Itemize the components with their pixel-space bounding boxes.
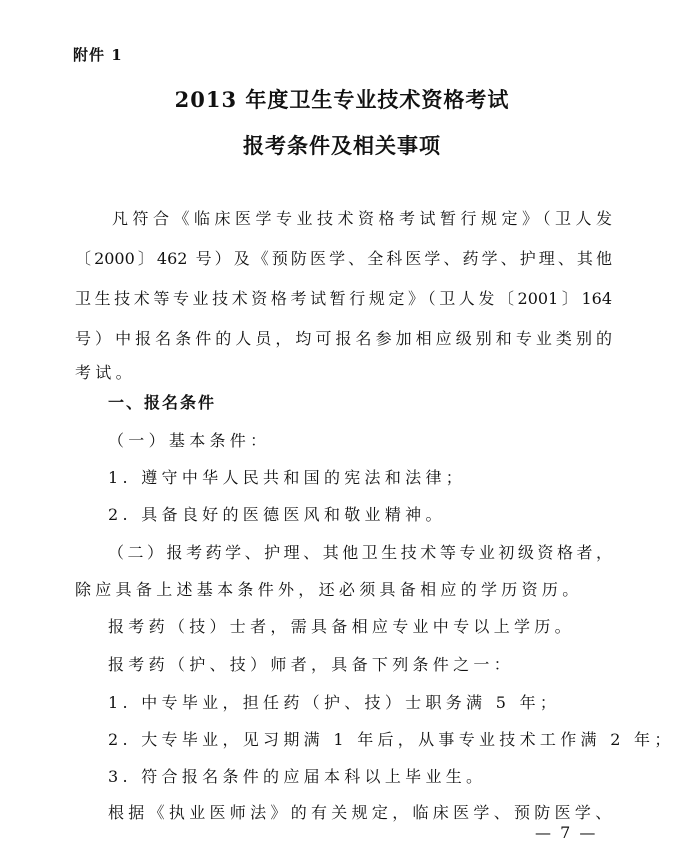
attachment-label: 附件 1 <box>73 44 123 65</box>
paragraph-line: （二）报考药学、护理、其他卫生技术等专业初级资格者， <box>108 540 612 563</box>
subsection-heading: （一）基本条件： <box>108 428 270 451</box>
list-item: 3. 符合报名条件的应届本科以上毕业生。 <box>108 764 486 787</box>
paragraph-line: 报考药（护、技）师者，具备下列条件之一： <box>108 652 514 675</box>
paragraph-line: 号）中报名条件的人员，均可报名参加相应级别和专业类别的 <box>75 326 612 349</box>
paragraph-line: 考试。 <box>75 360 136 383</box>
document-title-line-2: 报考条件及相关事项 <box>0 130 684 160</box>
page-number: — 7 — <box>535 823 597 842</box>
paragraph-line: 根据《执业医师法》的有关规定，临床医学、预防医学、 <box>108 800 616 823</box>
list-item: 1. 遵守中华人民共和国的宪法和法律； <box>108 465 466 488</box>
paragraph-line: 〔2000〕462 号）及《预防医学、全科医学、药学、护理、其他 <box>75 246 612 269</box>
section-heading: 一、报名条件 <box>108 390 216 413</box>
paragraph-line: 报考药（技）士者，需具备相应专业中专以上学历。 <box>108 614 575 637</box>
list-item: 2. 具备良好的医德医风和敬业精神。 <box>108 502 446 525</box>
paragraph-line: 凡符合《临床医学专业技术资格考试暂行规定》（卫人发 <box>112 206 612 229</box>
paragraph-line: 卫生技术等专业技术资格考试暂行规定》（卫人发〔2001〕164 <box>75 286 612 309</box>
list-item: 2. 大专毕业，见习期满 1 年后，从事专业技术工作满 2 年； <box>108 727 675 750</box>
document-title-line-1: 2013 年度卫生专业技术资格考试 <box>0 84 684 114</box>
list-item: 1. 中专毕业，担任药（护、技）士职务满 5 年； <box>108 690 560 713</box>
paragraph-line: 除应具备上述基本条件外，还必须具备相应的学历资历。 <box>75 577 583 600</box>
